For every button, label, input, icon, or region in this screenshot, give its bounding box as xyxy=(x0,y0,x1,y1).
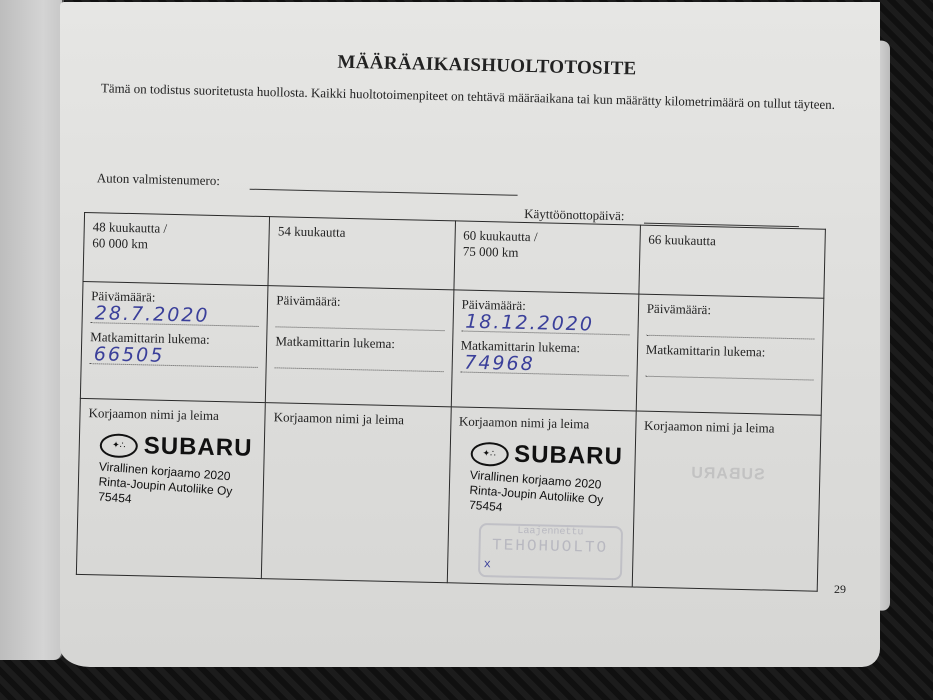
stamp-cell: Korjaamon nimi ja leima xyxy=(262,403,451,583)
readings-cell: Päivämäärä: 18.12.2020 Matkamittarin luk… xyxy=(451,290,639,411)
handwritten-odometer: 66505 xyxy=(94,343,165,367)
interval-line2: 60 000 km xyxy=(92,235,261,255)
dealer-stamp: ✦∴ SUBARU Virallinen korjaamo 2020 Rinta… xyxy=(98,431,256,508)
handwritten-odometer: 74968 xyxy=(464,352,535,376)
tehohuolto-stamp: Laajennettu TEHOHUOLTO x xyxy=(477,523,622,580)
page-content: MÄÄRÄAIKAISHUOLTOTOSITE Tämä on todistus… xyxy=(75,40,848,617)
interval-cell: 48 kuukautta / 60 000 km xyxy=(83,212,270,285)
subaru-emblem-icon: ✦∴ xyxy=(100,433,139,458)
interval-cell: 54 kuukautta xyxy=(268,217,455,290)
stamp-brand: SUBARU xyxy=(514,441,623,471)
bleed-through-stamp: SUBARU xyxy=(643,464,812,486)
page-title: MÄÄRÄAIKAISHUOLTOTOSITE xyxy=(337,52,636,81)
stamp-label: Korjaamon nimi ja leima xyxy=(644,418,813,438)
date-field[interactable]: 18.12.2020 xyxy=(461,313,630,336)
stamp-label: Korjaamon nimi ja leima xyxy=(274,409,443,429)
stamp-row: Korjaamon nimi ja leima ✦∴ SUBARU Virall… xyxy=(76,398,821,591)
readings-cell: Päivämäärä: 28.7.2020 Matkamittarin luke… xyxy=(80,281,268,402)
intro-text: Tämä on todistus suoritetusta huollosta.… xyxy=(101,80,841,113)
vin-field[interactable] xyxy=(250,189,518,196)
odometer-field[interactable] xyxy=(275,349,444,372)
odometer-field[interactable]: 74968 xyxy=(460,354,629,377)
vin-label: Auton valmistenumero: xyxy=(97,170,220,189)
handwritten-date: 28.7.2020 xyxy=(95,302,210,327)
odometer-field[interactable]: 66505 xyxy=(90,345,259,368)
handwritten-date: 18.12.2020 xyxy=(465,311,594,336)
stamp-cell: Korjaamon nimi ja leima SUBARU xyxy=(632,411,821,591)
subaru-emblem-icon: ✦∴ xyxy=(470,442,509,467)
odometer-field[interactable] xyxy=(645,358,814,381)
stamp-logo: ✦∴ SUBARU xyxy=(470,440,627,472)
interval-cell: 60 kuukautta / 75 000 km xyxy=(453,221,640,294)
dealer-stamp: ✦∴ SUBARU Virallinen korjaamo 2020 Rinta… xyxy=(469,440,627,517)
date-field[interactable] xyxy=(646,317,815,340)
checkmark-icon: x xyxy=(484,557,492,571)
date-field[interactable]: 28.7.2020 xyxy=(91,304,260,327)
readings-cell: Päivämäärä: Matkamittarin lukema: xyxy=(266,286,454,407)
interval-line2: 75 000 km xyxy=(463,244,632,264)
interval-line1: 54 kuukautta xyxy=(278,223,447,243)
interval-cell: 66 kuukautta xyxy=(639,225,826,298)
readings-row: Päivämäärä: 28.7.2020 Matkamittarin luke… xyxy=(80,281,823,415)
service-table: 48 kuukautta / 60 000 km 54 kuukautta 60… xyxy=(76,212,826,592)
tehohuolto-main: TEHOHUOLTO xyxy=(480,536,620,557)
page-number: 29 xyxy=(834,582,846,597)
stamp-brand: SUBARU xyxy=(143,432,252,462)
stamp-logo: ✦∴ SUBARU xyxy=(99,431,256,463)
stamp-cell: Korjaamon nimi ja leima ✦∴ SUBARU Virall… xyxy=(447,407,636,587)
left-page xyxy=(0,0,64,660)
interval-line1: 66 kuukautta xyxy=(648,232,817,252)
stamp-label: Korjaamon nimi ja leima xyxy=(88,405,257,425)
date-field[interactable] xyxy=(276,308,445,331)
readings-cell: Päivämäärä: Matkamittarin lukema: xyxy=(636,294,824,415)
stamp-label: Korjaamon nimi ja leima xyxy=(459,414,628,434)
stamp-cell: Korjaamon nimi ja leima ✦∴ SUBARU Virall… xyxy=(76,398,265,578)
